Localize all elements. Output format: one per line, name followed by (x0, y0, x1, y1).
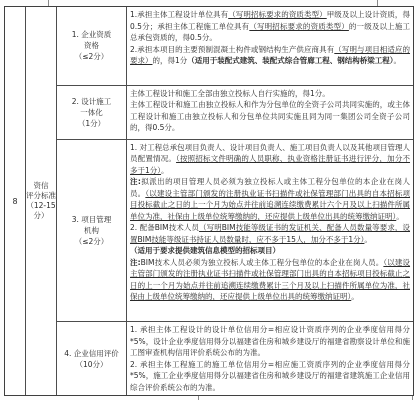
bold-text: （适用于要求提供建筑信息模型的招标项目） (130, 246, 280, 255)
text-run: 2. 配备BIM技术人员 (130, 223, 199, 232)
item-detail-qualification: 1.承担主体工程设计单位具有（写明招标要求的资质类型）甲级及以上设计资质，得0.… (127, 7, 413, 85)
paragraph: 2. 配备BIM技术人员（写明BIM技能等级证书的发证机关、配备人员数量等要求，… (130, 222, 410, 245)
text-run: 2. 承担主体工程施工的施工单位信用分=相应施工资质序列的企业季度信用得分*5%… (130, 360, 410, 392)
item-detail-credit-evaluation: 1. 承担主体工程设计的设计单位信用分=相应设计资质序列的企业季度信用得分*5%… (127, 322, 413, 395)
paragraph: 2. 承担主体工程施工的施工单位信用分=相应施工资质序列的企业季度信用得分*5%… (130, 359, 410, 394)
criteria-rows: 1. 企业资质 资格 （≤2分） 1.承担主体工程设计单位具有（写明招标要求的资… (57, 7, 413, 395)
text-run: 。 (394, 56, 402, 65)
item-label-text: 4. 企业信用评价 （10分） (64, 348, 119, 370)
text-run: 。 (351, 292, 359, 301)
underlined-text: （写明招标要求的资质类型） (249, 22, 349, 31)
paragraph: 1.承担主体工程设计单位具有（写明招标要求的资质类型）甲级及以上设计资质，得0.… (130, 9, 410, 44)
category-label: 资信 评分标准 （12-15 分） (26, 181, 56, 221)
document-page: 8 资信 评分标准 （12-15 分） 1. 企业资质 资格 （≤2分） 1.承… (0, 0, 420, 400)
item-label-qualification: 1. 企业资质 资格 （≤2分） (57, 7, 127, 85)
text-run: 1. 承担主体工程设计的设计单位信用分=相应设计资质序列的企业季度信用得分*5%… (130, 325, 410, 357)
table-row: 2. 设计施工 一体化 （1分） 主体工程设计和施工全部由独立投标人自行实施的，… (57, 86, 413, 140)
scoring-criteria-table: 8 资信 评分标准 （12-15 分） 1. 企业资质 资格 （≤2分） 1.承… (4, 6, 414, 396)
paragraph: 注:BIM技术人员必须为独立投标人或主体工程分包单位的本企业在岗人员。（以建设主… (130, 257, 410, 303)
paragraph: 注:拟派出的项目管理人员必须为独立投标人或主体工程分包单位的本企业在岗人员。（以… (130, 176, 410, 222)
text-run: 1.承担主体工程设计单位具有 (130, 10, 228, 19)
text-run: 。 (396, 212, 404, 221)
table-row: 4. 企业信用评价 （10分） 1. 承担主体工程设计的设计单位信用分=相应设计… (57, 322, 413, 395)
text-run: 的，得1分 (153, 56, 188, 65)
item-detail-project-management-org: 1. 对工程总承包项目负责人、设计项目负责人、施工项目负责人以及其他项目管理人员… (127, 140, 413, 322)
item-label-credit-evaluation: 4. 企业信用评价 （10分） (57, 322, 127, 395)
bold-text: 注: (130, 258, 141, 267)
text-run: BIM技术人员必须为独立投标人或主体工程分包单位的本企业在岗人员。 (141, 258, 384, 267)
underlined-text: （写明招标要求的资质类型） (228, 10, 327, 19)
text-run: 主体工程设计和施工全部由独立投标人自行实施的，得1分。 (130, 89, 330, 98)
bold-text: （适用于装配式建筑、装配式综合管廊工程、钢结构桥梁工程） (187, 56, 393, 65)
paragraph: 2.承担本项目的主要预制混凝土构件或钢结构生产供应商具有（写明与项目相适应的要求… (130, 44, 410, 67)
bottom-border-stub-left (198, 396, 199, 400)
paragraph: 主体工程设计和施工全部由独立投标人自行实施的，得1分。 (130, 88, 410, 100)
item-label-text: 2. 设计施工 一体化 （1分） (72, 96, 112, 129)
item-detail-design-build-integration: 主体工程设计和施工全部由独立投标人自行实施的，得1分。主体工程设计和施工由独立投… (127, 86, 413, 139)
text-run: 。 (161, 166, 169, 175)
text-run: 2.承担本项目的主要预制混凝土构件或钢结构生产供应商具有 (130, 45, 334, 54)
item-label-text: 3. 项目管理 机构 （≤2分） (72, 214, 112, 247)
bottom-border-stub-right (412, 396, 413, 400)
paragraph: 1. 承担主体工程设计的设计单位信用分=相应设计资质序列的企业季度信用得分*5%… (130, 324, 410, 359)
underlined-text: （以建设主管部门颁发的注册执业证书扫描件或社保管理部门出具的自本招标项目投标截止… (130, 189, 410, 221)
row-number-cell: 8 (5, 7, 26, 395)
table-row: 3. 项目管理 机构 （≤2分） 1. 对工程总承包项目负责人、设计项目负责人、… (57, 140, 413, 323)
item-label-design-build-integration: 2. 设计施工 一体化 （1分） (57, 86, 127, 139)
bold-text: 注: (130, 177, 141, 186)
paragraph: 主体工程设计和施工由独立投标人和作为分包单位的全资子公司共同实施的，或主体工程设… (130, 99, 410, 134)
item-label-project-management-org: 3. 项目管理 机构 （≤2分） (57, 140, 127, 322)
paragraph: 1. 对工程总承包项目负责人、设计项目负责人、施工项目负责人以及其他项目管理人员… (130, 142, 410, 177)
row-number: 8 (12, 197, 17, 206)
text-run: 主体工程设计和施工由独立投标人和作为分包单位的全资子公司共同实施的，或主体工程设… (130, 100, 410, 132)
category-cell: 资信 评分标准 （12-15 分） (26, 7, 57, 395)
text-run: 。 (364, 235, 372, 244)
item-label-text: 1. 企业资质 资格 （≤2分） (72, 29, 112, 62)
paragraph: （适用于要求提供建筑信息模型的招标项目） (130, 245, 410, 257)
table-row: 1. 企业资质 资格 （≤2分） 1.承担主体工程设计单位具有（写明招标要求的资… (57, 7, 413, 86)
